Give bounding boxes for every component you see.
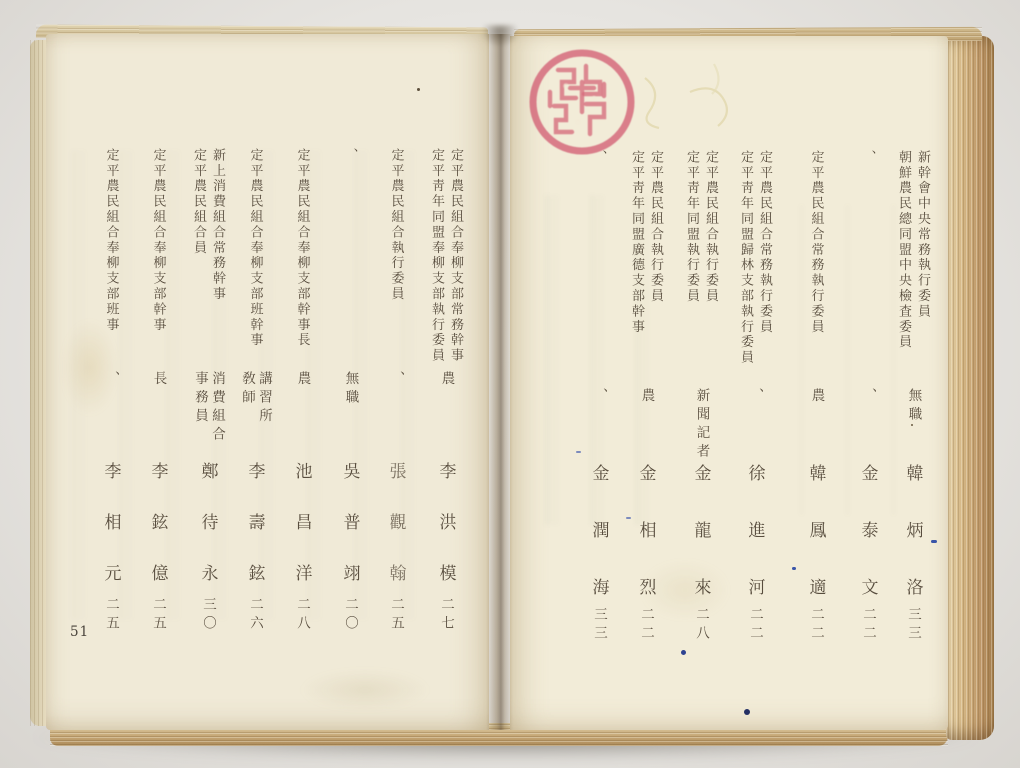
ink-speck	[681, 650, 686, 655]
ink-speck	[576, 451, 581, 453]
ink-speck	[792, 567, 796, 570]
ink-speck	[744, 709, 750, 715]
paper-speck	[911, 424, 913, 426]
paper-speck	[417, 88, 420, 91]
ink-speck	[626, 517, 631, 519]
faint-pencil-marks	[0, 0, 1020, 768]
book-photo: 定平農民組合奉柳支部常務幹事 定平靑年同盟奉柳支部執行委員 農 李洪模 二七 定…	[0, 0, 1020, 768]
ink-speck	[931, 540, 937, 543]
